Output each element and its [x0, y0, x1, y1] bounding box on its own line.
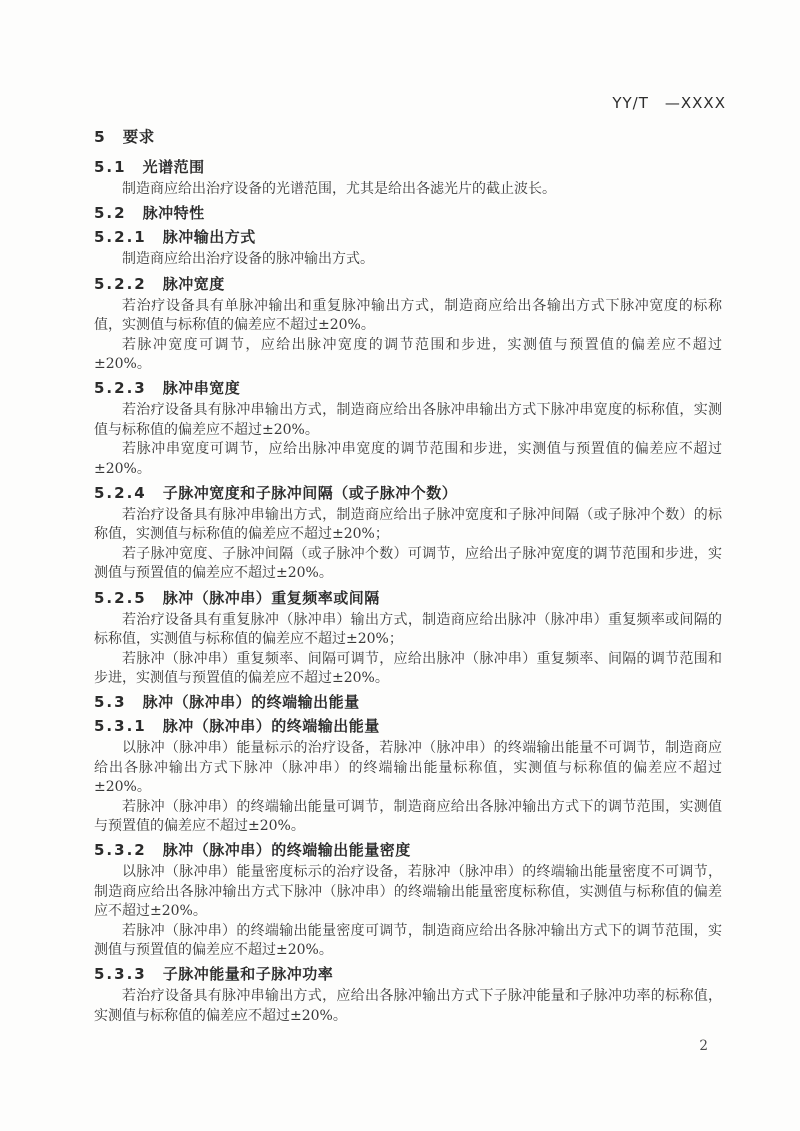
clause-heading-5.3: 5.3脉冲（脉冲串）的终端输出能量: [94, 692, 722, 712]
clause-paragraph: 若脉冲（脉冲串）的终端输出能量密度可调节，制造商应给出各脉冲输出方式下的调节范围…: [94, 922, 722, 961]
clause-number: 5.1: [94, 157, 127, 177]
clause-number: 5.3.1: [94, 716, 147, 736]
clause-heading-5.2.2: 5.2.2脉冲宽度: [94, 274, 722, 294]
clause-title: 子脉冲能量和子脉冲功率: [163, 965, 334, 983]
clause-number: 5: [94, 127, 107, 147]
doc-footer: 2: [94, 1038, 708, 1054]
clause-title: 脉冲（脉冲串）重复频率或间隔: [163, 589, 380, 607]
clause-number: 5.3.2: [94, 840, 147, 860]
clause-paragraph: 制造商应给出治疗设备的脉冲输出方式。: [94, 250, 722, 269]
clause-paragraph: 若脉冲串宽度可调节，应给出脉冲串宽度的调节范围和步进，实测值与预置值的偏差应不超…: [94, 440, 722, 479]
clause-paragraph: 以脉冲（脉冲串）能量标示的治疗设备，若脉冲（脉冲串）的终端输出能量不可调节，制造…: [94, 739, 722, 797]
clause-number: 5.2.4: [94, 483, 147, 503]
clause-paragraph: 若治疗设备具有脉冲串输出方式，应给出各脉冲输出方式下子脉冲能量和子脉冲功率的标称…: [94, 987, 722, 1026]
clause-heading-5.1: 5.1光谱范围: [94, 157, 722, 177]
clause-heading-5.2.3: 5.2.3脉冲串宽度: [94, 378, 722, 398]
clause-heading-5.2.5: 5.2.5脉冲（脉冲串）重复频率或间隔: [94, 588, 722, 608]
clause-title: 子脉冲宽度和子脉冲间隔（或子脉冲个数）: [163, 484, 458, 502]
clause-heading-5.3.1: 5.3.1脉冲（脉冲串）的终端输出能量: [94, 716, 722, 736]
doc-body: 5要求5.1光谱范围制造商应给出治疗设备的光谱范围，尤其是给出各滤光片的截止波长…: [94, 127, 722, 1026]
clause-number: 5.3.3: [94, 964, 147, 984]
clause-number: 5.2.2: [94, 274, 147, 294]
clause-title: 脉冲（脉冲串）的终端输出能量: [143, 693, 360, 711]
clause-paragraph: 若治疗设备具有单脉冲输出和重复脉冲输出方式，制造商应给出各输出方式下脉冲宽度的标…: [94, 297, 722, 336]
clause-title: 脉冲输出方式: [163, 228, 256, 246]
clause-paragraph: 制造商应给出治疗设备的光谱范围，尤其是给出各滤光片的截止波长。: [94, 180, 722, 199]
clause-heading-5.3.3: 5.3.3子脉冲能量和子脉冲功率: [94, 964, 722, 984]
clause-paragraph: 若治疗设备具有重复脉冲（脉冲串）输出方式，制造商应给出脉冲（脉冲串）重复频率或间…: [94, 611, 722, 650]
document-page: YY/T —XXXX 5要求5.1光谱范围制造商应给出治疗设备的光谱范围，尤其是…: [0, 0, 800, 1131]
clause-number: 5.2.5: [94, 588, 147, 608]
clause-paragraph: 若治疗设备具有脉冲串输出方式，制造商应给出子脉冲宽度和子脉冲间隔（或子脉冲个数）…: [94, 506, 722, 545]
clause-paragraph: 若脉冲（脉冲串）重复频率、间隔可调节，应给出脉冲（脉冲串）重复频率、间隔的调节范…: [94, 650, 722, 689]
clause-heading-5.2.4: 5.2.4子脉冲宽度和子脉冲间隔（或子脉冲个数）: [94, 483, 722, 503]
page-number: 2: [699, 1038, 708, 1054]
clause-heading-5.2: 5.2脉冲特性: [94, 203, 722, 223]
clause-title: 脉冲宽度: [163, 275, 225, 293]
clause-number: 5.2.1: [94, 227, 147, 247]
clause-title: 脉冲（脉冲串）的终端输出能量: [163, 717, 380, 735]
clause-paragraph: 若脉冲宽度可调节，应给出脉冲宽度的调节范围和步进，实测值与预置值的偏差应不超过±…: [94, 336, 722, 375]
clause-paragraph: 以脉冲（脉冲串）能量密度标示的治疗设备，若脉冲（脉冲串）的终端输出能量密度不可调…: [94, 863, 722, 921]
clause-heading-5.2.1: 5.2.1脉冲输出方式: [94, 227, 722, 247]
clause-number: 5.2.3: [94, 378, 147, 398]
standard-code: YY/T —XXXX: [612, 94, 726, 112]
clause-title: 脉冲串宽度: [163, 379, 241, 397]
clause-paragraph: 若子脉冲宽度、子脉冲间隔（或子脉冲个数）可调节，应给出子脉冲宽度的调节范围和步进…: [94, 545, 722, 584]
clause-heading-5: 5要求: [94, 127, 722, 147]
clause-title: 脉冲特性: [143, 204, 205, 222]
clause-title: 光谱范围: [143, 158, 205, 176]
clause-paragraph: 若治疗设备具有脉冲串输出方式，制造商应给出各脉冲串输出方式下脉冲串宽度的标称值，…: [94, 401, 722, 440]
clause-heading-5.3.2: 5.3.2脉冲（脉冲串）的终端输出能量密度: [94, 840, 722, 860]
doc-header: YY/T —XXXX: [94, 92, 726, 113]
clause-number: 5.3: [94, 692, 127, 712]
clause-title: 脉冲（脉冲串）的终端输出能量密度: [163, 841, 411, 859]
clause-title: 要求: [123, 128, 155, 146]
clause-paragraph: 若脉冲（脉冲串）的终端输出能量可调节，制造商应给出各脉冲输出方式下的调节范围，实…: [94, 798, 722, 837]
clause-number: 5.2: [94, 203, 127, 223]
